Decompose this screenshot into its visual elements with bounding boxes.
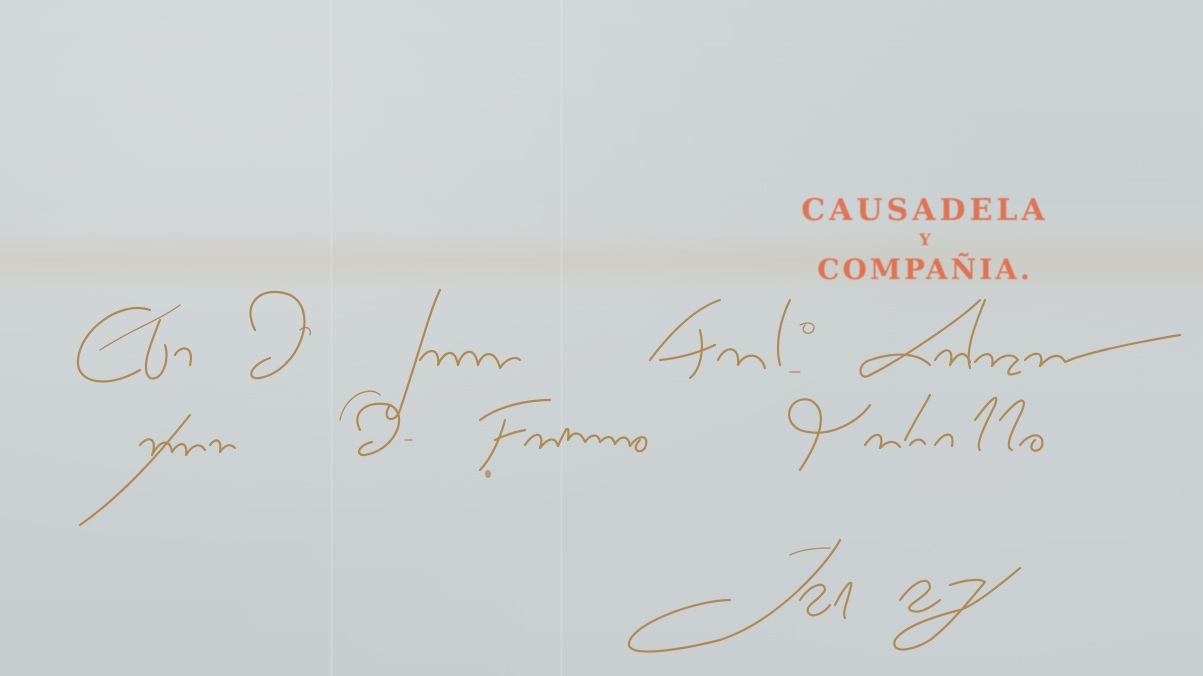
address-line-2-script: [80, 391, 1042, 525]
address-line-3-script: [629, 540, 1020, 652]
handwritten-address: [0, 0, 1203, 676]
letter-cover: CAUSADELA Y COMPAÑIA.: [0, 0, 1203, 676]
ink-blot: [485, 470, 491, 478]
address-line-1-script: [78, 290, 1180, 419]
